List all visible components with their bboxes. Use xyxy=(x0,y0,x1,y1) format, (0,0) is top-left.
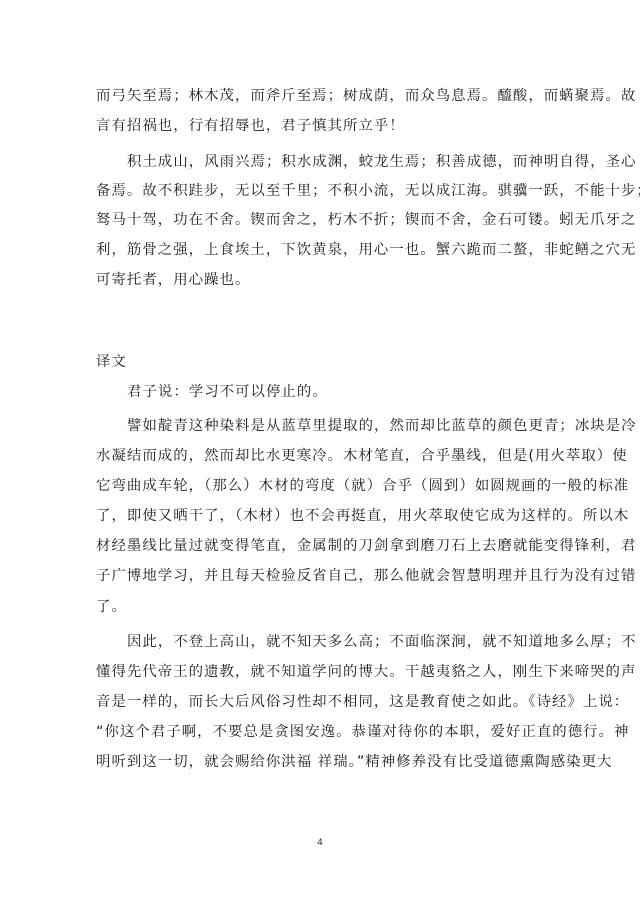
original-text-line: 言有招祸也，行有招辱也，君子慎其所立乎！ xyxy=(96,116,548,136)
translation-text-line: 了。 xyxy=(96,597,548,617)
original-text-line: 驽马十驾，功在不舍。锲而舍之，朽木不折；锲而不舍，金石可镂。蚓无爪牙之 xyxy=(96,210,548,230)
original-text-line: 备焉。故不积跬步，无以至千里；不积小流，无以成江海。骐骥一跃，不能十步； xyxy=(96,181,548,201)
original-text-line: 可寄托者，用心躁也。 xyxy=(96,270,548,290)
translation-text-line: 音是一样的，而长大后风俗习性却不相同，这是教育使之如此。《诗经》上说： xyxy=(96,692,548,712)
original-text-line: 而弓矢至焉；林木茂，而斧斤至焉；树成荫，而众鸟息焉。醯酸，而蜹聚焉。故 xyxy=(96,86,548,106)
document-page: 而弓矢至焉；林木茂，而斧斤至焉；树成荫，而众鸟息焉。醯酸，而蜹聚焉。故 言有招祸… xyxy=(0,0,640,905)
translation-text-line: 譬如靛青这种染料是从蓝草里提取的，然而却比蓝草的颜色更青；冰块是冷 xyxy=(127,416,548,436)
translation-text-line: 它弯曲成车轮，（那么）木材的弯度（就）合乎（圆到）如圆规画的一般的标准 xyxy=(96,476,548,496)
page-number: 4 xyxy=(0,838,640,848)
translation-text-line: 子广博地学习，并且每天检验反省自己，那么他就会智慧明理并且行为没有过错 xyxy=(96,566,548,586)
original-text-line: 积土成山，风雨兴焉；积水成渊，蛟龙生焉；积善成德，而神明自得，圣心 xyxy=(127,152,548,172)
translation-text-line: “你这个君子啊，不要总是贪图安逸。恭谨对待你的本职，爱好正直的德行。神 xyxy=(96,722,548,742)
translation-text-line: 懂得先代帝王的遗教，就不知道学问的博大。干越夷貉之人，刚生下来啼哭的声 xyxy=(96,662,548,682)
translation-heading: 译文 xyxy=(96,352,127,372)
translation-text-line: 明听到这一切，就会赐给你洪福 祥瑞。”精神修养没有比受道德熏陶感染更大 xyxy=(96,752,548,772)
translation-text-line: 君子说：学习不可以停止的。 xyxy=(127,382,548,402)
translation-text-line: 水凝结而成的，然而却比水更寒冷。木材笔直，合乎墨线，但是(用火萃取）使 xyxy=(96,446,548,466)
translation-text-line: 了，即使又晒干了，（木材）也不会再挺直，用火萃取使它成为这样的。所以木 xyxy=(96,506,548,526)
translation-text-line: 因此，不登上高山，就不知天多么高；不面临深涧，就不知道地多么厚；不 xyxy=(127,632,548,652)
translation-text-line: 材经墨线比量过就变得笔直，金属制的刀剑拿到磨刀石上去磨就能变得锋利，君 xyxy=(96,536,548,556)
original-text-line: 利，筋骨之强，上食埃土，下饮黄泉，用心一也。蟹六跪而二螯，非蛇鳝之穴无 xyxy=(96,240,548,260)
